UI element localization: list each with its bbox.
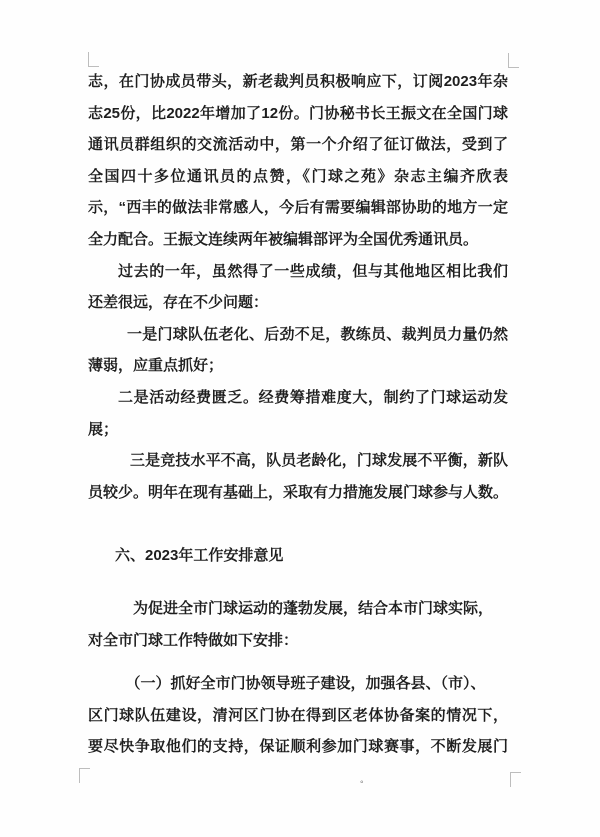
- text-line: 区门球队伍建设，清河区门协在得到区老体协备案的情况下，: [88, 700, 508, 732]
- footer-page-mark: ◦: [360, 776, 364, 790]
- text-line: 全国四十多位通讯员的点赞，《门球之苑》杂志主编齐欣表: [88, 161, 508, 193]
- text-boundary-mark-bottom-left: [79, 768, 90, 783]
- text-line: 要尽快争取他们的支持，保证顺利参加门球赛事，不断发展门: [88, 731, 508, 763]
- text-line: 示，“西丰的做法非常感人，今后有需要编辑部协助的地方一定: [88, 192, 508, 224]
- text-line: 全力配合。王振文连续两年被编辑部评为全国优秀通讯员。: [88, 224, 508, 256]
- text-line: 为促进全市门球运动的蓬勃发展，结合本市门球实际，: [88, 593, 508, 625]
- text-line: 薄弱，应重点抓好；: [88, 350, 508, 382]
- text-line: 通讯员群组织的交流活动中，第一个介绍了征订做法，受到了: [88, 129, 508, 161]
- text-line: 志，在门协成员带头，新老裁判员积极响应下，订阅2023年杂: [88, 66, 508, 98]
- text-line: 对全市门球工作特做如下安排：: [88, 625, 508, 657]
- text-line: 三是竞技水平不高，队员老龄化，门球发展不平衡，新队: [88, 445, 508, 477]
- text-line: 员较少。明年在现有基础上，采取有力措施发展门球参与人数。: [88, 477, 508, 509]
- text-line: （一）抓好全市门协领导班子建设，加强各县、（市）、: [88, 668, 508, 700]
- document-text: 志，在门协成员带头，新老裁判员积极响应下，订阅2023年杂志25份，比2022年…: [88, 66, 508, 763]
- text-line: 还差很远，存在不少问题：: [88, 287, 508, 319]
- section-heading: 六、2023年工作安排意见: [88, 540, 508, 572]
- text-boundary-mark-top-left: [88, 52, 99, 67]
- text-line: 一是门球队伍老化、后劲不足，教练员、裁判员力量仍然: [88, 319, 508, 351]
- text-line: 过去的一年，虽然得了一些成绩，但与其他地区相比我们: [88, 256, 508, 288]
- document-page: 志，在门协成员带头，新老裁判员积极响应下，订阅2023年杂志25份，比2022年…: [0, 0, 600, 837]
- text-line: 二是活动经费匮乏。经费筹措难度大，制约了门球运动发: [88, 382, 508, 414]
- text-boundary-mark-top-right: [508, 53, 519, 68]
- text-boundary-mark-bottom-right: [510, 772, 521, 787]
- text-line: 展；: [88, 414, 508, 446]
- text-line: 志25份，比2022年增加了12份。门协秘书长王振文在全国门球: [88, 98, 508, 130]
